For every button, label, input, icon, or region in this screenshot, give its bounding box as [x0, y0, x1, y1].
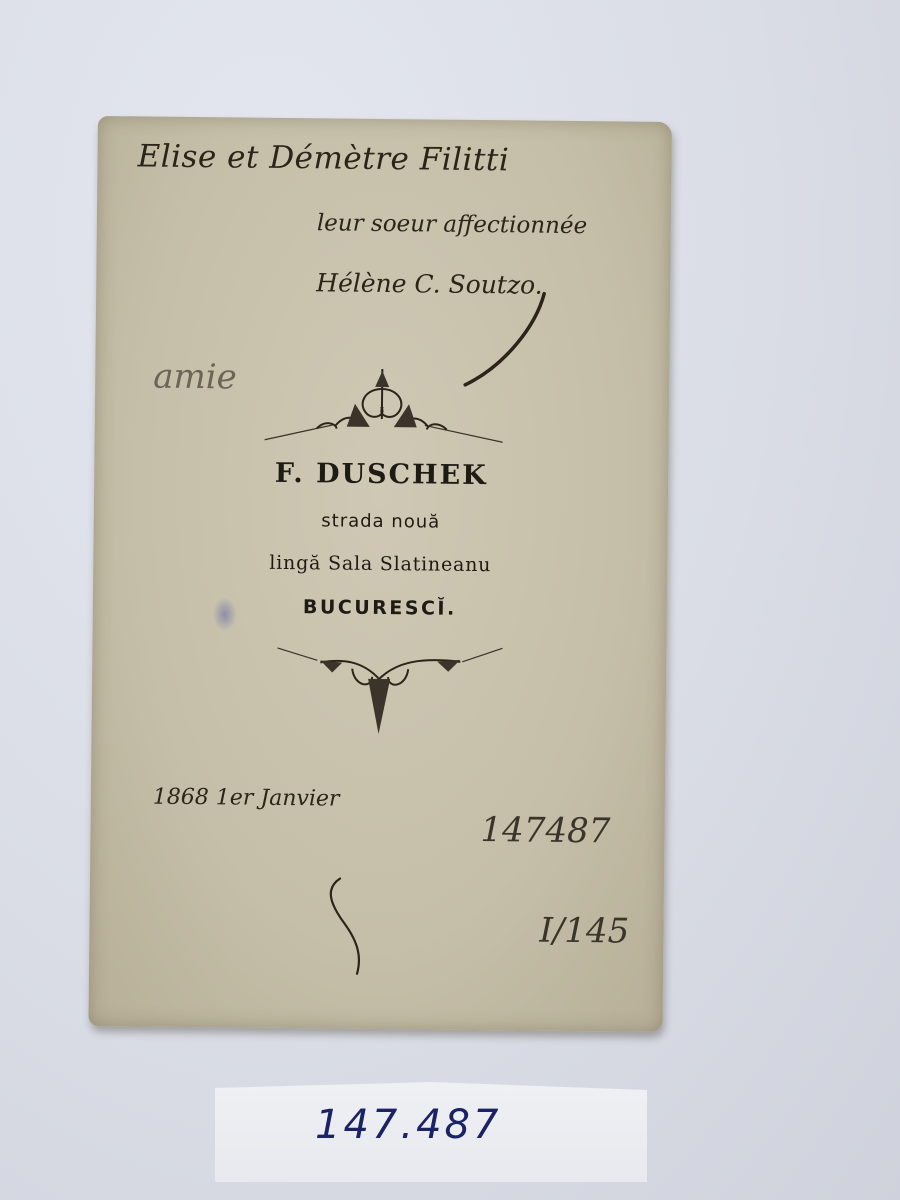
studio-street: strada nouă	[94, 508, 668, 535]
studio-city: BUCURESCĬ.	[93, 594, 667, 622]
inscription-line-2: leur soeur affectionnée	[317, 210, 588, 239]
ornament-bottom-icon	[92, 636, 667, 742]
inventory-number: 147487	[480, 810, 610, 851]
inscription-line-1: Elise et Démètre Filitti	[137, 138, 509, 178]
carte-de-visite-back: Elise et Démètre Filitti leur soeur affe…	[88, 116, 671, 1032]
shelf-mark: I/145	[539, 911, 629, 952]
studio-location: lingă Sala Slatineanu	[93, 550, 667, 578]
ornament-top-icon	[95, 356, 670, 452]
catalog-number: 147.487	[315, 1102, 501, 1148]
ink-stain	[213, 597, 237, 631]
catalog-label: 147.487	[215, 1082, 647, 1182]
pen-mark-icon	[319, 873, 380, 984]
studio-name: F. DUSCHEK	[94, 456, 668, 493]
date-note: 1868 1er Janvier	[153, 785, 340, 812]
